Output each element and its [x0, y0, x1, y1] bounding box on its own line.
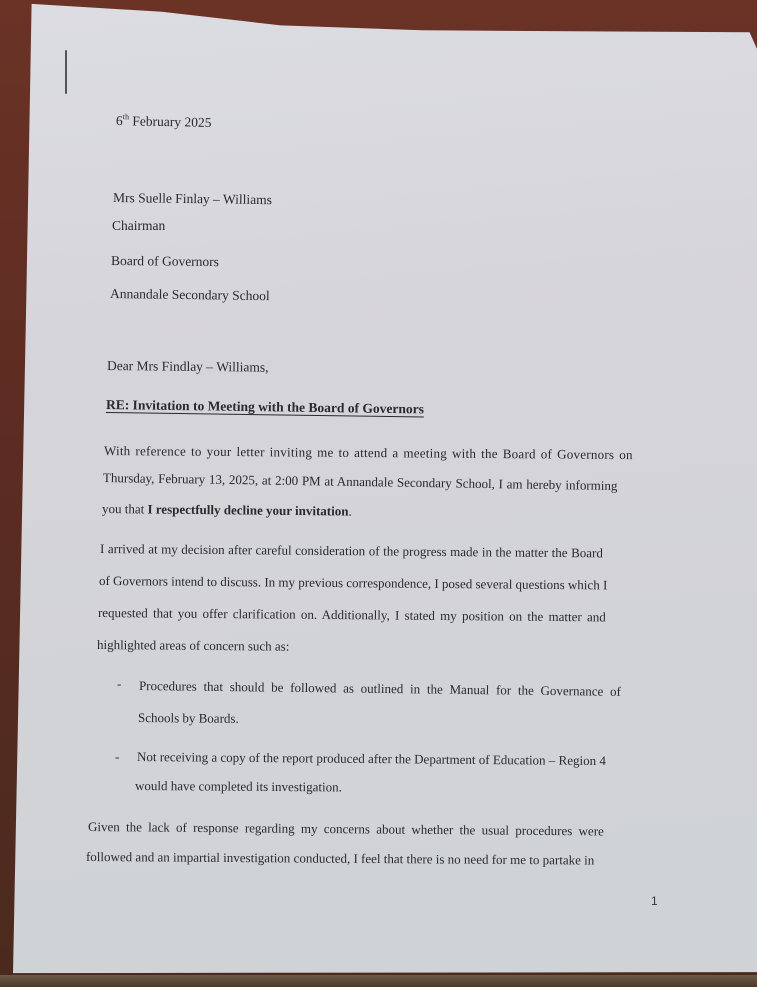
recipient-name: Mrs Suelle Finlay – Williams [113, 191, 272, 207]
recipient-organization: Board of Governors [111, 254, 219, 269]
salutation: Dear Mrs Findlay – Williams, [107, 359, 269, 374]
paragraph-2-line-4: highlighted areas of concern such as: [97, 638, 290, 653]
bullet-1-line-2: Schools by Boards. [138, 711, 239, 725]
bullet-2-line-1: Not receiving a copy of the report produ… [137, 750, 606, 767]
letter-date: 6th February 2025 [116, 113, 212, 129]
recipient-title: Chairman [112, 219, 165, 233]
bullet-marker: - [117, 677, 121, 690]
paragraph-3-line-2: followed and an impartial investigation … [86, 850, 594, 867]
page-number: 1 [651, 895, 658, 907]
paragraph-1-line-3: you that I respectfully decline your inv… [102, 502, 352, 518]
bullet-marker: - [115, 750, 119, 763]
paragraph-1-line-1: With reference to your letter inviting m… [104, 444, 633, 461]
staple-mark [65, 50, 67, 94]
desk-surface [0, 975, 757, 987]
decline-statement: I respectfully decline your invitation [147, 501, 348, 518]
bullet-2-line-2: would have completed its investigation. [135, 779, 342, 793]
recipient-school: Annandale Secondary School [110, 287, 270, 303]
